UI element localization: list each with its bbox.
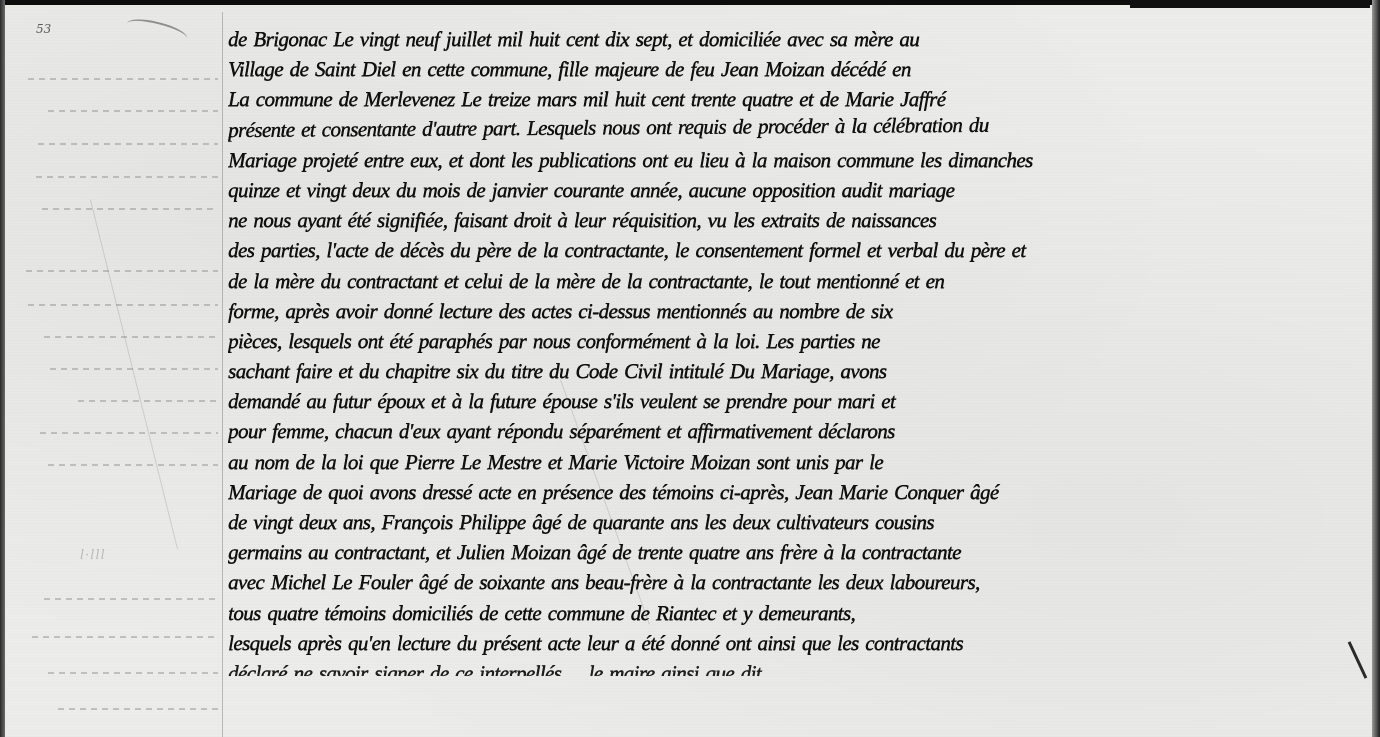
record-line-15: au nom de la loi que Pierre Le Mestre et…: [228, 447, 1358, 477]
record-line-21: lesquels après qu'en lecture du présent …: [228, 628, 1358, 658]
record-line-17: de vingt deux ans, François Philippe âgé…: [228, 507, 1358, 537]
faded-margin-line: [26, 270, 218, 272]
record-line-22-partial: déclaré ne savoir signer de ce interpell…: [228, 658, 1358, 676]
record-body: de Brigonac Le vingt neuf juillet mil hu…: [228, 24, 1358, 676]
record-line-18: germains au contractant, et Julien Moiza…: [228, 537, 1358, 567]
record-line-13: demandé au futur époux et à la future ép…: [228, 386, 1358, 416]
record-line-1: de Brigonac Le vingt neuf juillet mil hu…: [228, 24, 1358, 54]
faded-margin-line: [36, 176, 218, 178]
page-number: 53: [36, 22, 51, 36]
record-line-12: sachant faire et du chapitre six du titr…: [228, 356, 1358, 386]
scan-right-border: [1372, 0, 1380, 737]
left-margin: 53 l·lll: [8, 8, 218, 733]
faded-margin-line: [32, 636, 218, 638]
record-line-6: quinze et vingt deux du mois de janvier …: [228, 175, 1358, 205]
faded-margin-line: [40, 432, 218, 434]
faded-margin-word: l·lll: [80, 548, 106, 563]
record-line-14: pour femme, chacun d'eux ayant répondu s…: [228, 416, 1358, 446]
record-line-16: Mariage de quoi avons dressé acte en pré…: [228, 477, 1358, 507]
faded-margin-line: [28, 304, 218, 306]
record-line-7: ne nous ayant été signifiée, faisant dro…: [228, 205, 1358, 235]
scan-top-right-shadow: [1130, 0, 1370, 8]
register-page-scan: 53 l·lll de Brigonac Le vingt neuf juill…: [0, 0, 1380, 737]
faded-margin-line: [50, 368, 218, 370]
faded-margin-line: [48, 464, 218, 466]
record-line-2: Village de Saint Diel en cette commune, …: [228, 54, 1358, 84]
record-line-19: avec Michel Le Fouler âgé de soixante an…: [228, 567, 1358, 597]
faded-margin-line: [44, 336, 218, 338]
record-line-5: Mariage projeté entre eux, et dont les p…: [228, 145, 1358, 175]
record-line-20: tous quatre témoins domiciliés de cette …: [228, 598, 1358, 628]
margin-pen-mark: [125, 15, 190, 47]
faded-margin-line: [42, 208, 218, 210]
faded-margin-line: [78, 400, 218, 402]
record-line-9: de la mère du contractant et celui de la…: [228, 266, 1358, 296]
faded-margin-line: [28, 78, 218, 80]
faded-margin-line: [38, 143, 218, 145]
margin-rule-line: [222, 12, 223, 737]
record-line-11: pièces, lesquels ont été paraphés par no…: [228, 326, 1358, 356]
record-line-8: des parties, l'acte de décès du père de …: [228, 235, 1358, 265]
faded-margin-line: [58, 708, 218, 710]
faded-margin-line: [48, 110, 218, 112]
scan-left-border: [0, 0, 5, 737]
faded-margin-line: [44, 598, 218, 600]
record-line-10: forme, après avoir donné lecture des act…: [228, 296, 1358, 326]
faded-margin-line: [48, 672, 218, 674]
